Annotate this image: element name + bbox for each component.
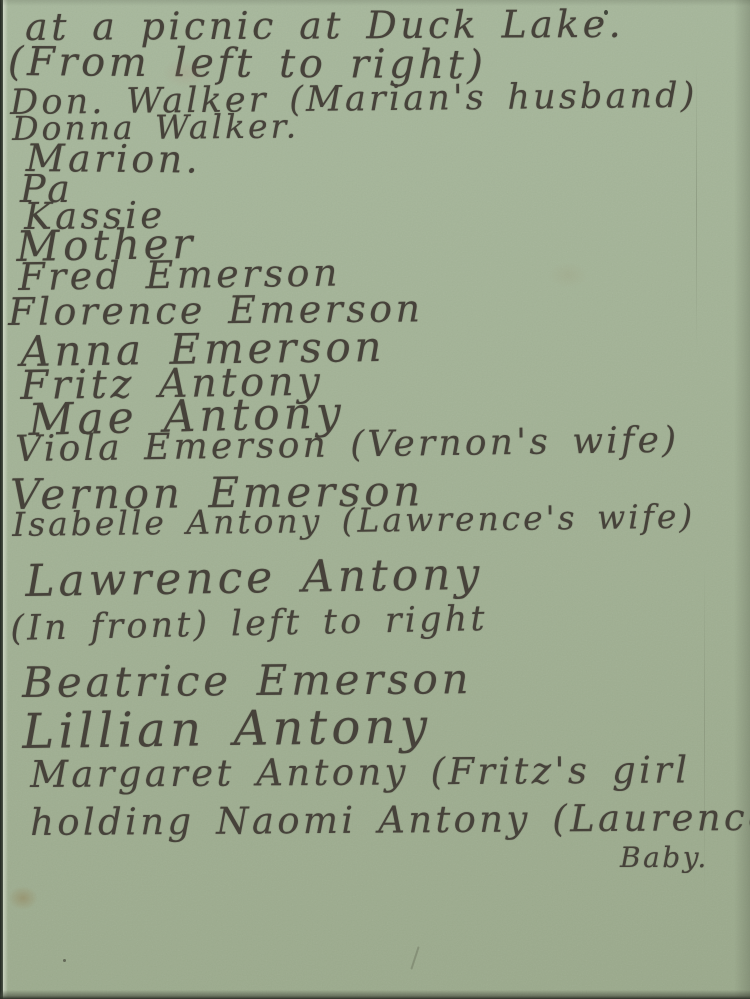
handwritten-line: Isabelle Antony (Lawrence's wife) [12,500,695,541]
handwritten-line: Lillian Antony [22,702,432,756]
scan-edge-left-highlight [3,0,8,999]
handwritten-line: Margaret Antony (Fritz's girl [30,751,691,793]
handwritten-line: holding Naomi Antony (Laurence [30,799,750,841]
handwritten-line: Beatrice Emerson [22,658,473,704]
handwritten-line: Vernon Emerson [10,470,424,516]
paper-scratch [410,946,419,969]
handwritten-line: Lawrence Antony [25,553,484,604]
handwritten-note-scan: at a picnic at Duck Lake. (From left to … [0,0,750,999]
handwritten-line: Viola Emerson (Vernon's wife) [15,423,680,468]
handwritten-line: Anna Emerson [20,326,386,373]
handwritten-line: Pa [20,170,73,208]
ink-speck [604,10,608,15]
scan-edge-top [0,0,750,6]
paper-stain [8,886,38,910]
handwritten-line: Kassie [24,197,166,235]
paper-stain [162,58,208,88]
handwritten-line: Don. Walker (Marian's husband) [10,79,698,121]
handwritten-line: Baby. [620,844,709,872]
handwritten-line: (In front) left to right [10,602,488,647]
ink-speck [63,959,66,962]
scan-edge-bottom [0,990,750,999]
handwritten-line: Fred Emerson [18,253,341,296]
paper-crease [704,560,705,900]
scan-edge-right [734,0,750,999]
handwritten-line: (From left to right) [8,42,487,85]
paper-crease [696,60,697,350]
handwritten-line: Florence Emerson [8,289,424,331]
handwritten-line: at a picnic at Duck Lake. [25,5,624,46]
handwritten-line: Marion. [26,139,202,179]
handwritten-line: Mae Antony [28,391,345,443]
handwritten-line: Mother [16,223,197,268]
paper-texture [0,0,750,999]
paper-stain [548,262,588,288]
handwritten-line: Donna Walker. [12,109,299,145]
ink-speck [598,20,600,22]
handwritten-line: Fritz Antony [20,362,324,406]
